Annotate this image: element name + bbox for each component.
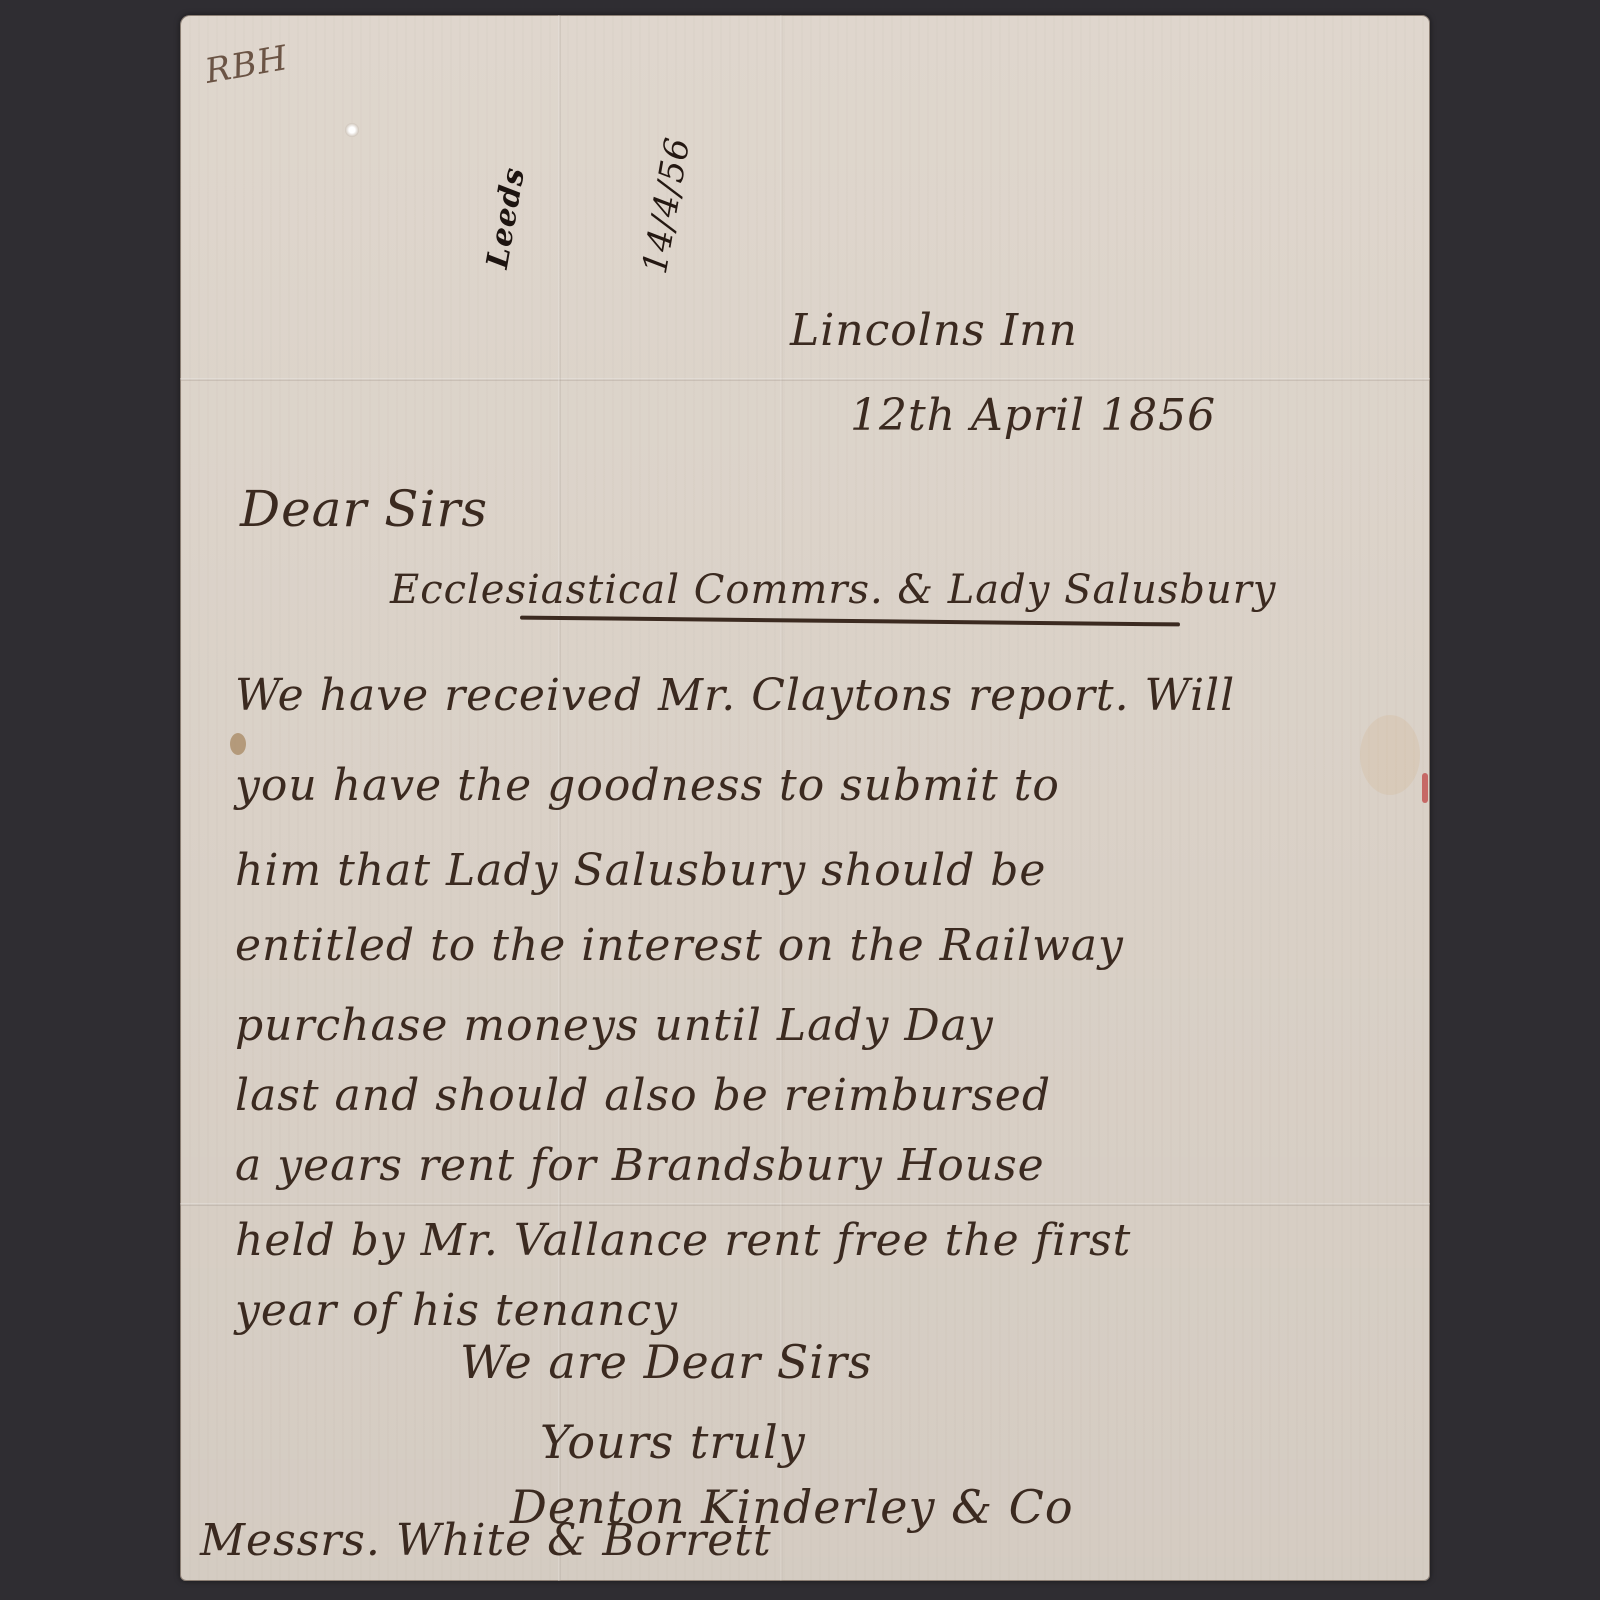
letter-paper: RBH Leeds 14/4/56 Lincolns Inn 12th Apri… (180, 15, 1430, 1581)
subject-underline (520, 616, 1180, 627)
salutation: Dear Sirs (240, 480, 488, 538)
docket-label: Leeds (480, 164, 532, 271)
docket-date: 14/4/56 (635, 134, 698, 277)
letter-place: Lincolns Inn (790, 305, 1078, 356)
body-line: held by Mr. Vallance rent free the first (235, 1215, 1131, 1266)
closing-line: Yours truly (540, 1415, 806, 1469)
pinhole (345, 123, 359, 137)
body-line: year of his tenancy (235, 1285, 678, 1336)
water-stain (1360, 715, 1420, 795)
body-line: We have received Mr. Claytons report. Wi… (235, 670, 1235, 721)
fold-line-lower (180, 1203, 1430, 1206)
fold-line-upper (180, 378, 1430, 381)
red-seal-trace (1422, 773, 1428, 803)
subject-line: Ecclesiastical Commrs. & Lady Salusbury (390, 567, 1276, 613)
body-line: him that Lady Salusbury should be (235, 845, 1046, 896)
foxing-stain (230, 733, 246, 755)
body-line: you have the goodness to submit to (235, 760, 1060, 811)
body-line: entitled to the interest on the Railway (235, 920, 1124, 971)
letter-date: 12th April 1856 (850, 390, 1216, 441)
body-line: purchase moneys until Lady Day (235, 1000, 994, 1051)
addressee: Messrs. White & Borrett (200, 1515, 772, 1566)
monogram-mark: RBH (202, 38, 291, 92)
body-line: last and should also be reimbursed (235, 1070, 1051, 1121)
body-line: a years rent for Brandsbury House (235, 1140, 1045, 1191)
closing-line: We are Dear Sirs (460, 1335, 873, 1389)
